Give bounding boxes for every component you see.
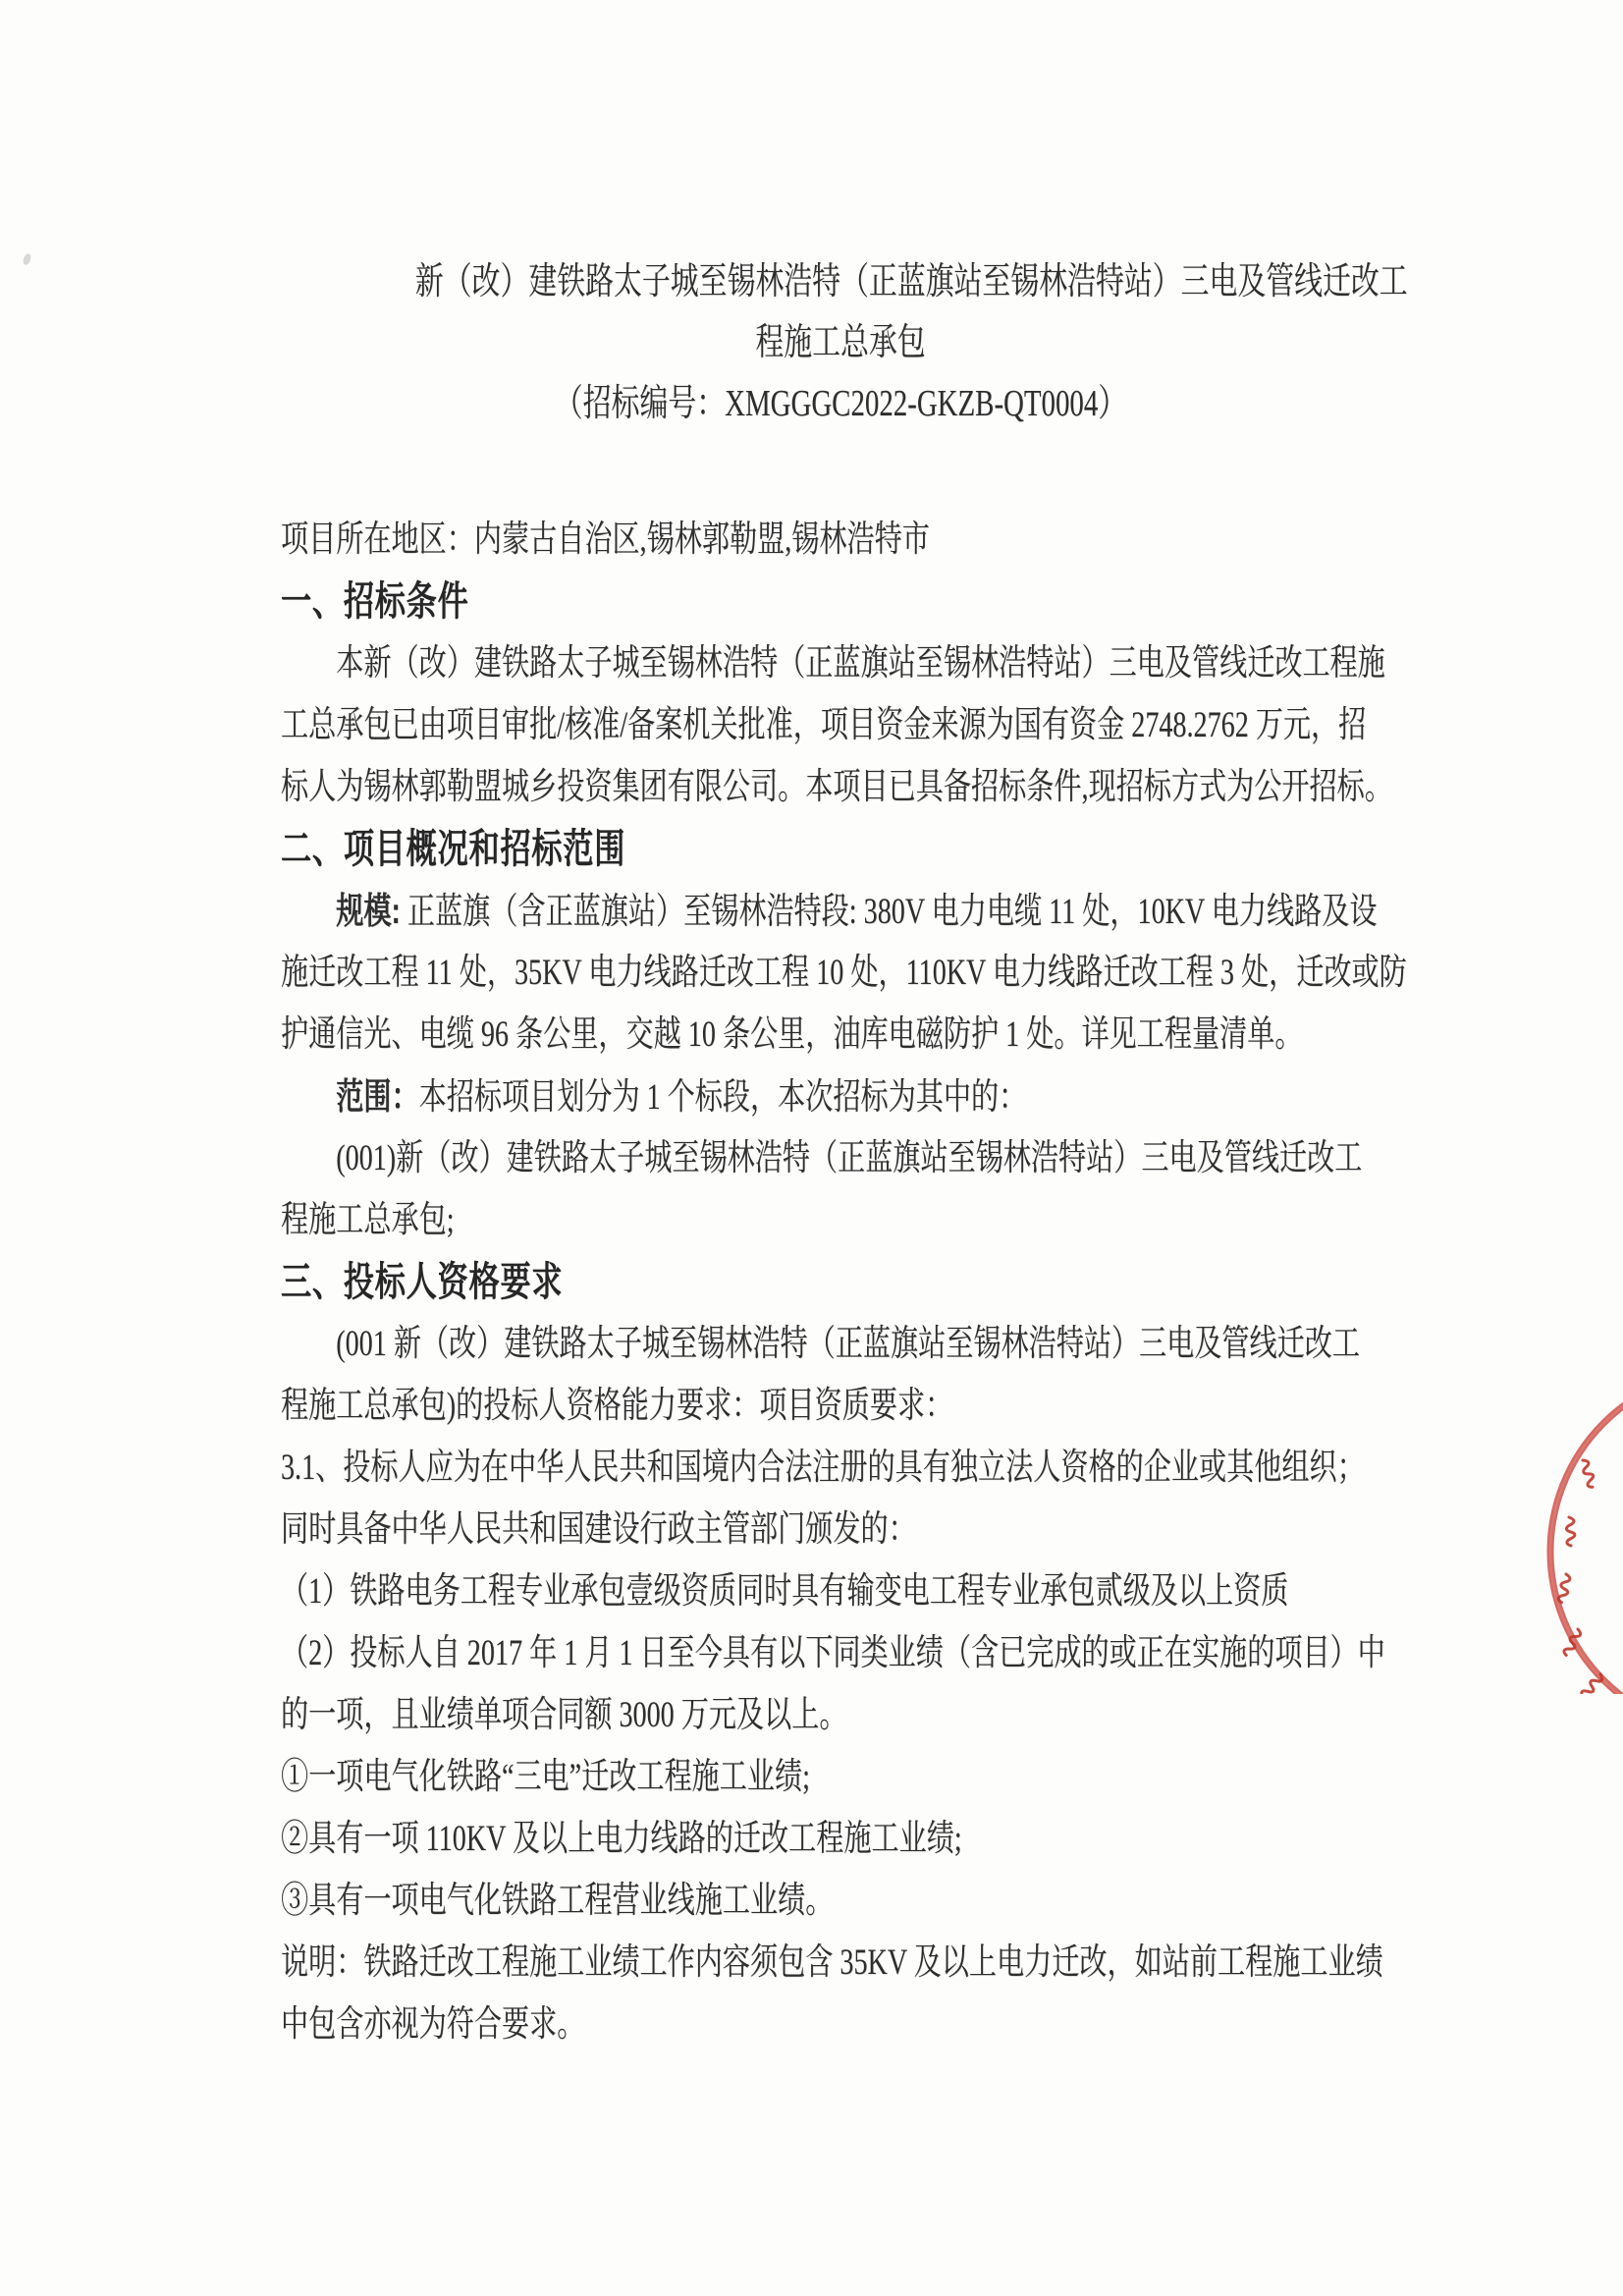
doc-line: 护通信光、电缆 96 条公里，交越 10 条公里，油库电磁防护 1 处。详见工程…: [281, 1004, 1131, 1066]
doc-line: 中包含亦视为符合要求。: [281, 1994, 1131, 2055]
range-line: 范围：本招标项目划分为 1 个标段，本次招标为其中的：: [281, 1066, 1131, 1127]
red-seal-stamp: [1456, 1399, 1623, 1694]
scale-line: 规模: 正蓝旗（含正蓝旗站）至锡林浩特段: 380V 电力电缆 11 处，10K…: [281, 880, 1131, 942]
doc-line: ③具有一项电气化铁路工程营业线施工业绩。: [281, 1870, 1131, 1932]
tender-number-line: （招标编号：XMGGGC2022-GKZB-QT0004）: [415, 373, 1266, 434]
doc-line: ②具有一项 110KV 及以上电力线路的迁改工程施工业绩;: [281, 1808, 1131, 1870]
section-heading-3-bidder-qualification: 三、投标人资格要求: [281, 1251, 1131, 1313]
scale-text: 正蓝旗（含正蓝旗站）至锡林浩特段: 380V 电力电缆 11 处，10KV 电力…: [401, 892, 1378, 932]
doc-line: 程施工总承包)的投标人资格能力要求：项目资质要求：: [281, 1375, 1131, 1437]
doc-line: （2）投标人自 2017 年 1 月 1 日至今具有以下同类业绩（含已完成的或正…: [281, 1622, 1131, 1684]
doc-line: 本新（改）建铁路太子城至锡林浩特（正蓝旗站至锡林浩特站）三电及管线迁改工程施: [281, 632, 1131, 694]
scale-label: 规模:: [336, 891, 401, 931]
range-text: 本招标项目划分为 1 个标段，本次招标为其中的：: [419, 1077, 1027, 1118]
doc-line: 工总承包已由项目审批/核准/备案机关批准，项目资金来源为国有资金 2748.27…: [281, 694, 1131, 756]
scan-artifact-speck: [22, 252, 32, 266]
doc-line: 同时具备中华人民共和国建设行政主管部门颁发的：: [281, 1499, 1131, 1560]
doc-line: (001)新（改）建铁路太子城至锡林浩特（正蓝旗站至锡林浩特站）三电及管线迁改工: [281, 1127, 1131, 1189]
document-body: 项目所在地区：内蒙古自治区,锡林郭勒盟,锡林浩特市 一、招标条件 本新（改）建铁…: [281, 509, 1400, 2055]
doc-line: 3.1、投标人应为在中华人民共和国境内合法注册的具有独立法人资格的企业或其他组织…: [281, 1437, 1131, 1499]
doc-line: （1）铁路电务工程专业承包壹级资质同时具有输变电工程专业承包贰级及以上资质: [281, 1560, 1131, 1622]
doc-line: 程施工总承包;: [281, 1189, 1131, 1251]
scanned-tender-announcement-page: 新（改）建铁路太子城至锡林浩特（正蓝旗站至锡林浩特站）三电及管线迁改工 程施工总…: [0, 0, 1623, 2296]
title-line-2: 程施工总承包: [415, 312, 1266, 373]
doc-line: (001 新（改）建铁路太子城至锡林浩特（正蓝旗站至锡林浩特站）三电及管线迁改工: [281, 1313, 1131, 1375]
doc-line: 的一项，且业绩单项合同额 3000 万元及以上。: [281, 1684, 1131, 1746]
doc-line: 说明：铁路迁改工程施工业绩工作内容须包含 35KV 及以上电力迁改，如站前工程施…: [281, 1932, 1131, 1994]
doc-line: ①一项电气化铁路“三电”迁改工程施工业绩;: [281, 1746, 1131, 1808]
document-title: 新（改）建铁路太子城至锡林浩特（正蓝旗站至锡林浩特站）三电及管线迁改工 程施工总…: [281, 251, 1400, 434]
range-label: 范围：: [336, 1076, 418, 1117]
title-line-1: 新（改）建铁路太子城至锡林浩特（正蓝旗站至锡林浩特站）三电及管线迁改工: [415, 251, 1266, 312]
section-heading-2-project-overview: 二、项目概况和招标范围: [281, 818, 1131, 880]
doc-line: 施迁改工程 11 处，35KV 电力线路迁改工程 10 处，110KV 电力线路…: [281, 942, 1131, 1004]
project-location-line: 项目所在地区：内蒙古自治区,锡林郭勒盟,锡林浩特市: [281, 509, 1131, 571]
doc-line: 标人为锡林郭勒盟城乡投资集团有限公司。本项目已具备招标条件,现招标方式为公开招标…: [281, 756, 1131, 818]
section-heading-1-tender-conditions: 一、招标条件: [281, 571, 1131, 632]
